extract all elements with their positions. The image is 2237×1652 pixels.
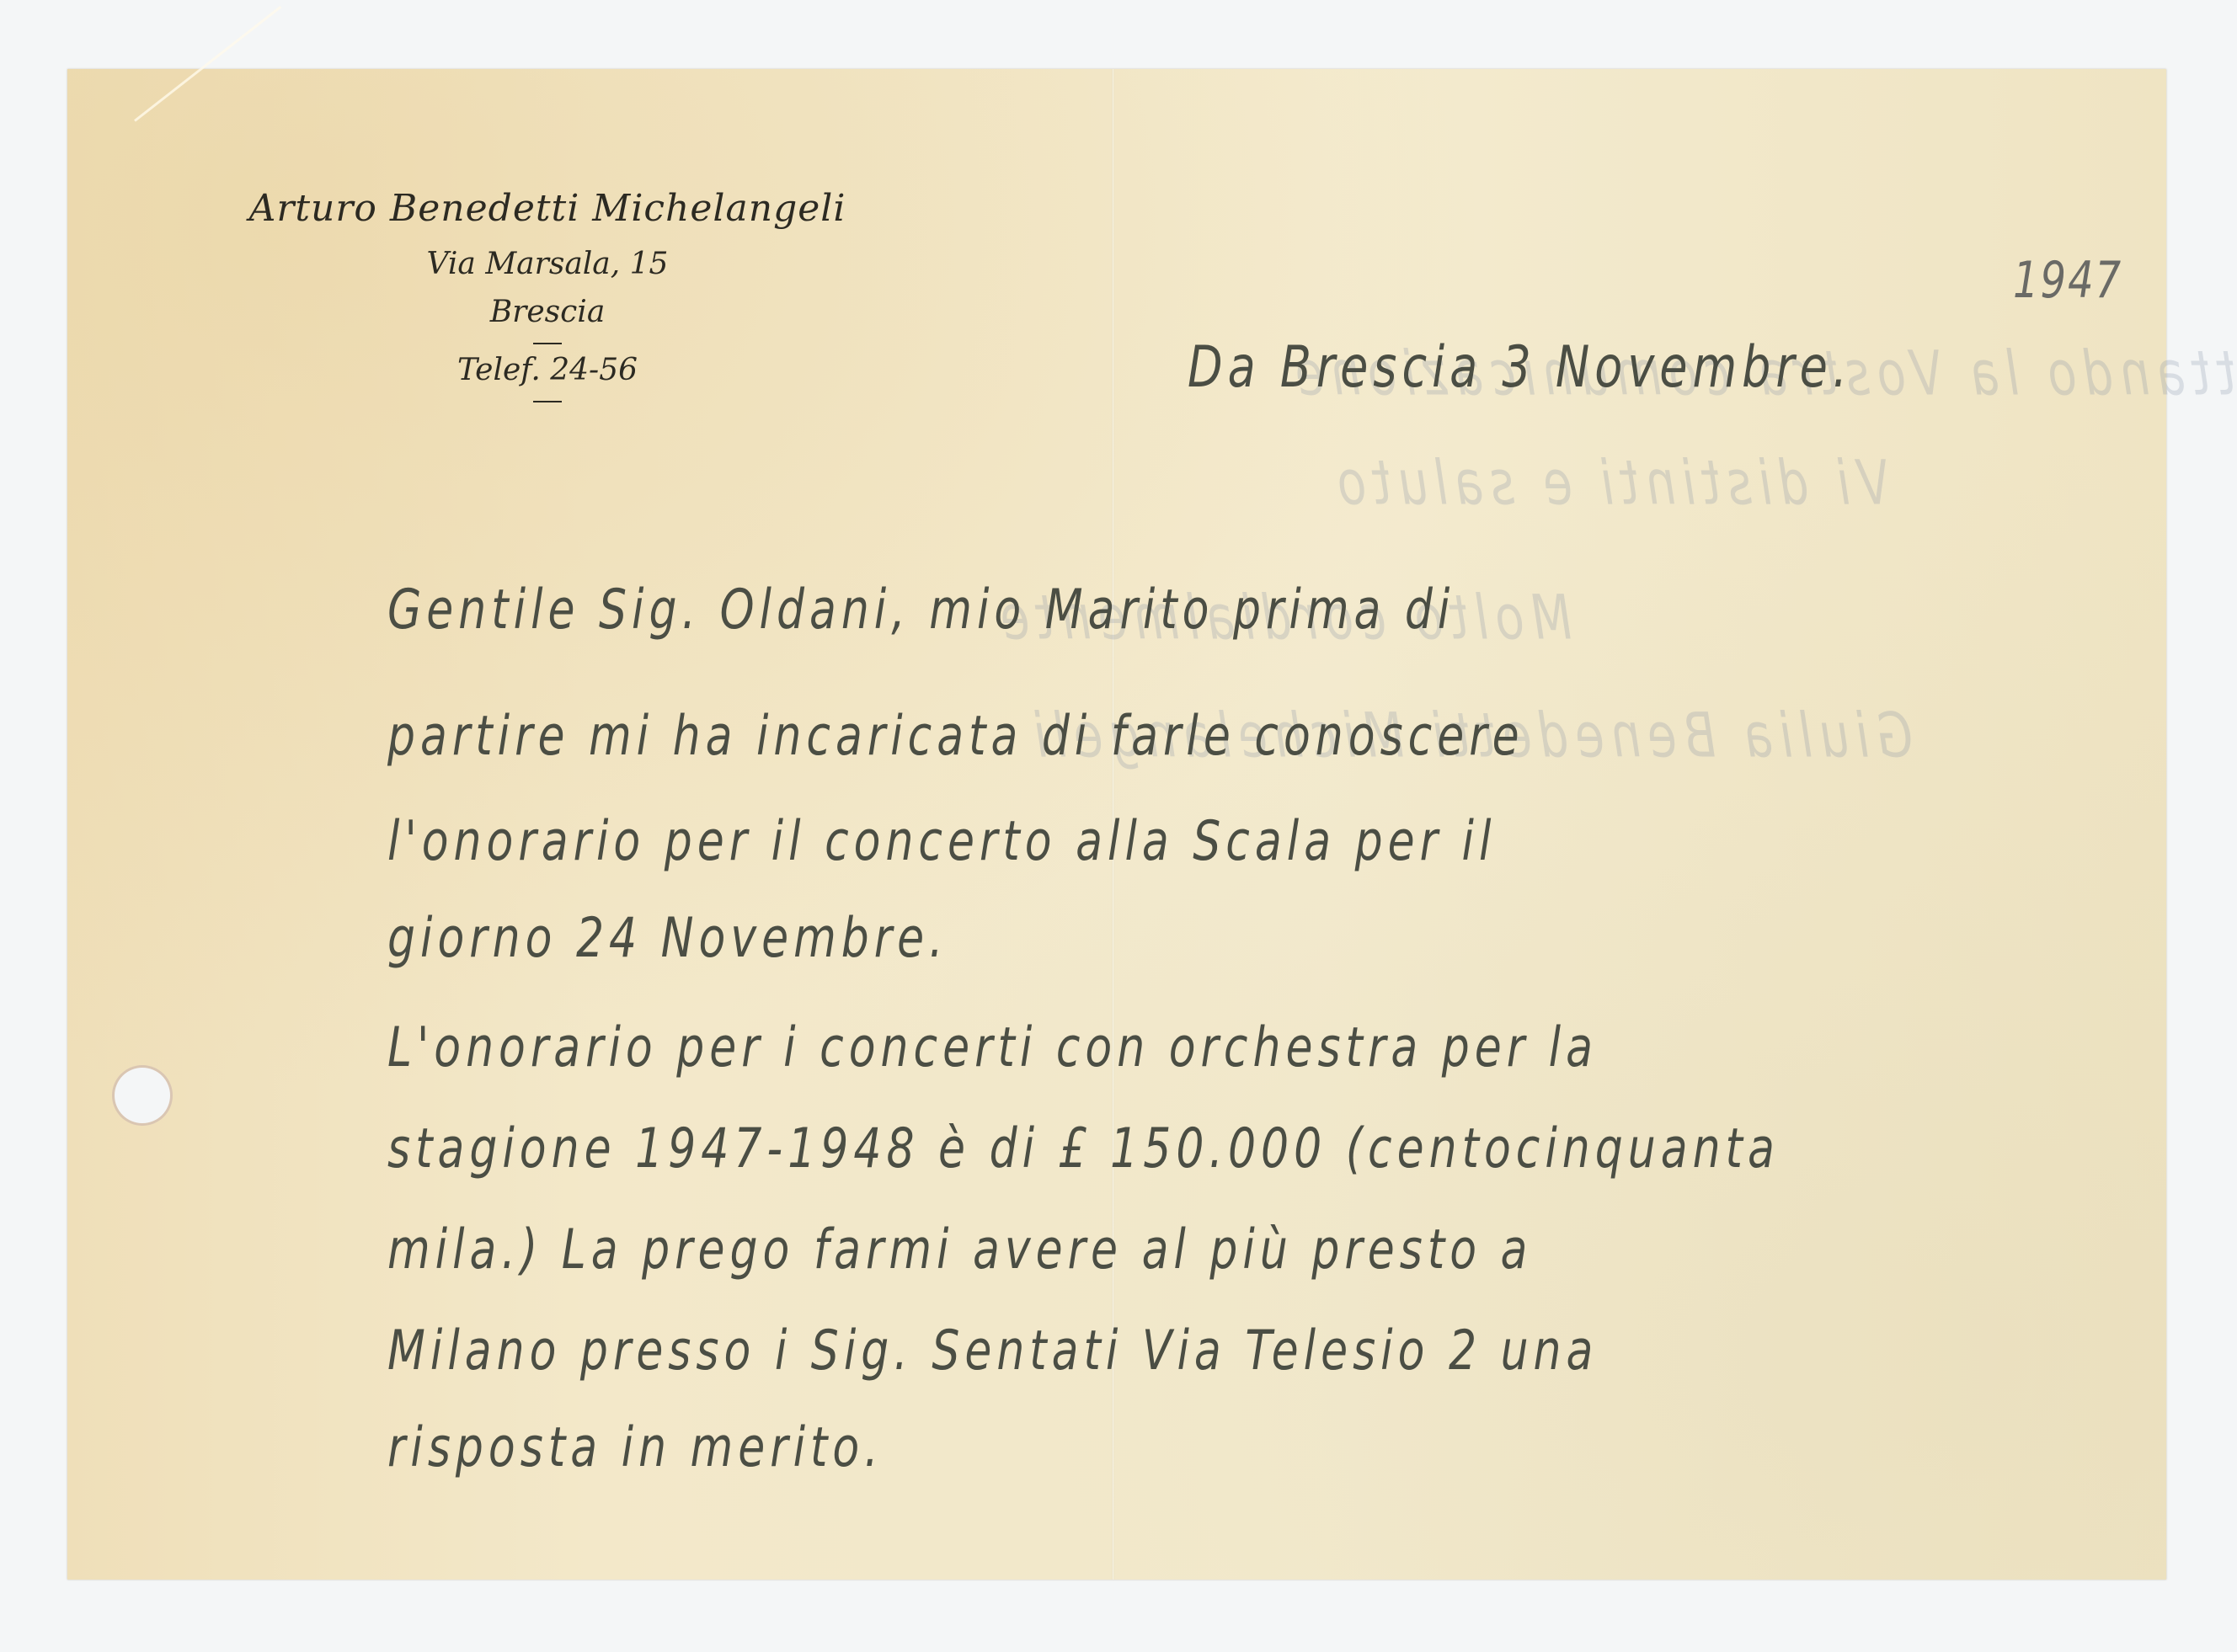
bleed-through-line: Vi distinti e saluto (1331, 448, 1889, 520)
letterhead-rule (533, 401, 562, 402)
punch-hole (115, 1068, 170, 1123)
body-line: l'onorario per il concerto alla Scala pe… (387, 810, 1496, 873)
archive-year-note: 1947 (2013, 251, 2122, 310)
body-line: Gentile Sig. Oldani, mio Marito prima di (387, 578, 1455, 642)
corner-crease (134, 6, 281, 122)
letterhead-city: Brescia (202, 295, 893, 329)
body-line: risposta in merito. (387, 1416, 884, 1479)
letterhead-rule (533, 343, 562, 344)
dateline: Da Brescia 3 Novembre. (1188, 333, 1852, 400)
body-line: Milano presso i Sig. Sentati Via Telesio… (387, 1319, 1598, 1383)
body-line: stagione 1947-1948 è di £ 150.000 (cento… (387, 1117, 1780, 1180)
letterhead-name: Arturo Benedetti Michelangeli (202, 187, 893, 230)
body-line: giorno 24 Novembre. (387, 907, 948, 970)
letterhead-phone: Telef. 24-56 (202, 353, 893, 387)
body-line: mila.) La prego farmi avere al più prest… (387, 1218, 1532, 1282)
letterhead: Arturo Benedetti Michelangeli Via Marsal… (202, 187, 893, 411)
letterhead-address: Via Marsala, 15 (202, 247, 893, 281)
body-line: L'onorario per i concerti con orchestra … (387, 1016, 1598, 1079)
letter-paper: Rispettando la Vostra comunicazione Vi d… (67, 69, 2166, 1580)
body-line: partire mi ha incaricata di farle conosc… (387, 705, 1524, 768)
